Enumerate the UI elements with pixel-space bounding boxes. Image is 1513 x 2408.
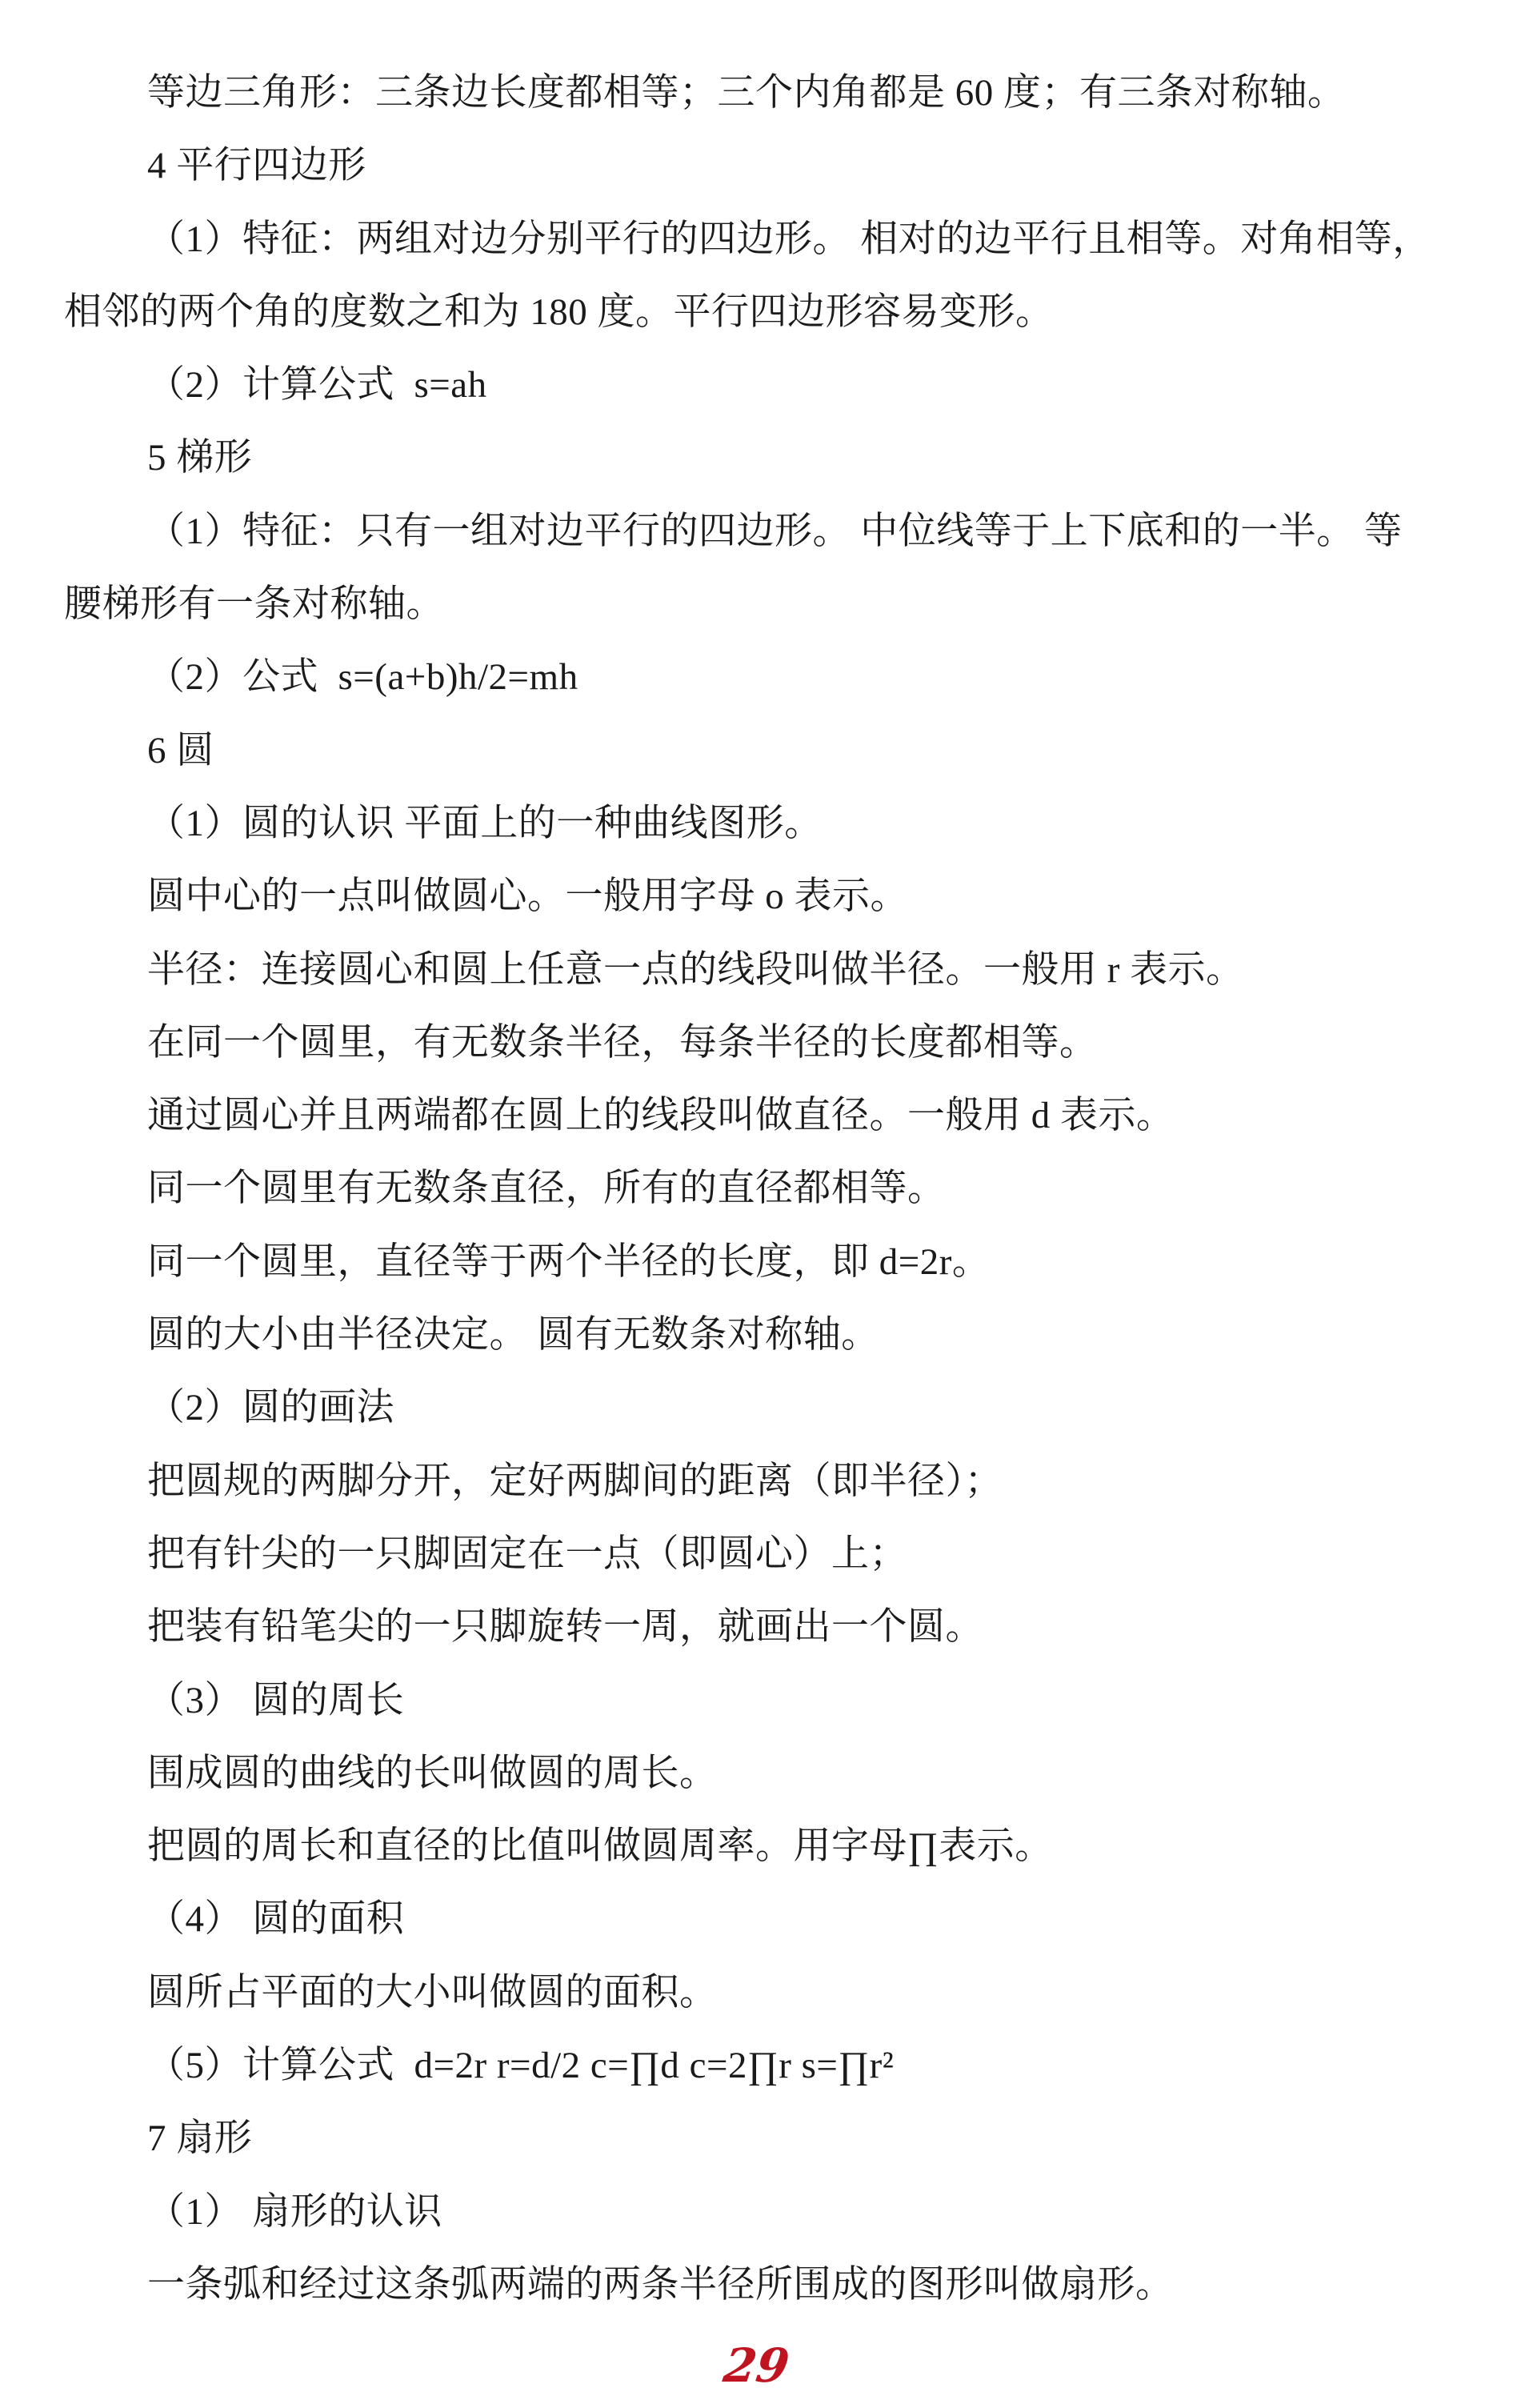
text-line-5: （2）计算公式 s=ah xyxy=(64,349,1476,422)
text-line-28: （5）计算公式 d=2r r=d/2 c=∏d c=2∏r s=∏r² xyxy=(64,2029,1476,2102)
text-line-22: 把装有铅笔尖的一只脚旋转一周，就画出一个圆。 xyxy=(64,1591,1476,1664)
text-line-21: 把有针尖的一只脚固定在一点（即圆心）上； xyxy=(64,1518,1476,1591)
document-page: 等边三角形：三条边长度都相等；三个内角都是 60 度；有三条对称轴。4 平行四边… xyxy=(0,0,1513,2408)
text-line-19: （2）圆的画法 xyxy=(64,1372,1476,1444)
text-line-12: 圆中心的一点叫做圆心。一般用字母 o 表示。 xyxy=(64,860,1476,933)
text-line-29: 7 扇形 xyxy=(64,2102,1476,2175)
text-line-23: （3） 圆的周长 xyxy=(64,1665,1476,1737)
text-line-2: 4 平行四边形 xyxy=(64,130,1476,202)
page-number: 29 xyxy=(0,2338,1513,2393)
text-line-8: 腰梯形有一条对称轴。 xyxy=(64,568,1476,641)
text-line-3: （1）特征：两组对边分别平行的四边形。 相对的边平行且相等。对角相等， xyxy=(64,203,1476,276)
text-line-7: （1）特征：只有一组对边平行的四边形。 中位线等于上下底和的一半。 等 xyxy=(64,495,1476,568)
text-line-18: 圆的大小由半径决定。 圆有无数条对称轴。 xyxy=(64,1299,1476,1372)
text-line-10: 6 圆 xyxy=(64,715,1476,787)
text-line-16: 同一个圆里有无数条直径，所有的直径都相等。 xyxy=(64,1152,1476,1225)
text-line-13: 半径：连接圆心和圆上任意一点的线段叫做半径。一般用 r 表示。 xyxy=(64,934,1476,1007)
text-line-9: （2）公式 s=(a+b)h/2=mh xyxy=(64,641,1476,714)
text-line-4: 相邻的两个角的度数之和为 180 度。平行四边形容易变形。 xyxy=(64,276,1476,349)
text-line-1: 等边三角形：三条边长度都相等；三个内角都是 60 度；有三条对称轴。 xyxy=(64,57,1476,130)
text-line-25: 把圆的周长和直径的比值叫做圆周率。用字母∏表示。 xyxy=(64,1810,1476,1883)
text-line-26: （4） 圆的面积 xyxy=(64,1883,1476,1956)
text-line-31: 一条弧和经过这条弧两端的两条半径所围成的图形叫做扇形。 xyxy=(64,2249,1476,2322)
text-line-24: 围成圆的曲线的长叫做圆的周长。 xyxy=(64,1737,1476,1810)
page-body: 等边三角形：三条边长度都相等；三个内角都是 60 度；有三条对称轴。4 平行四边… xyxy=(64,57,1476,2322)
text-line-27: 圆所占平面的大小叫做圆的面积。 xyxy=(64,1957,1476,2029)
text-line-30: （1） 扇形的认识 xyxy=(64,2176,1476,2249)
text-line-6: 5 梯形 xyxy=(64,422,1476,495)
text-line-17: 同一个圆里，直径等于两个半径的长度，即 d=2r。 xyxy=(64,1226,1476,1299)
text-line-11: （1）圆的认识 平面上的一种曲线图形。 xyxy=(64,787,1476,860)
text-line-15: 通过圆心并且两端都在圆上的线段叫做直径。一般用 d 表示。 xyxy=(64,1080,1476,1152)
text-line-20: 把圆规的两脚分开，定好两脚间的距离（即半径）； xyxy=(64,1445,1476,1518)
text-line-14: 在同一个圆里，有无数条半径，每条半径的长度都相等。 xyxy=(64,1007,1476,1080)
